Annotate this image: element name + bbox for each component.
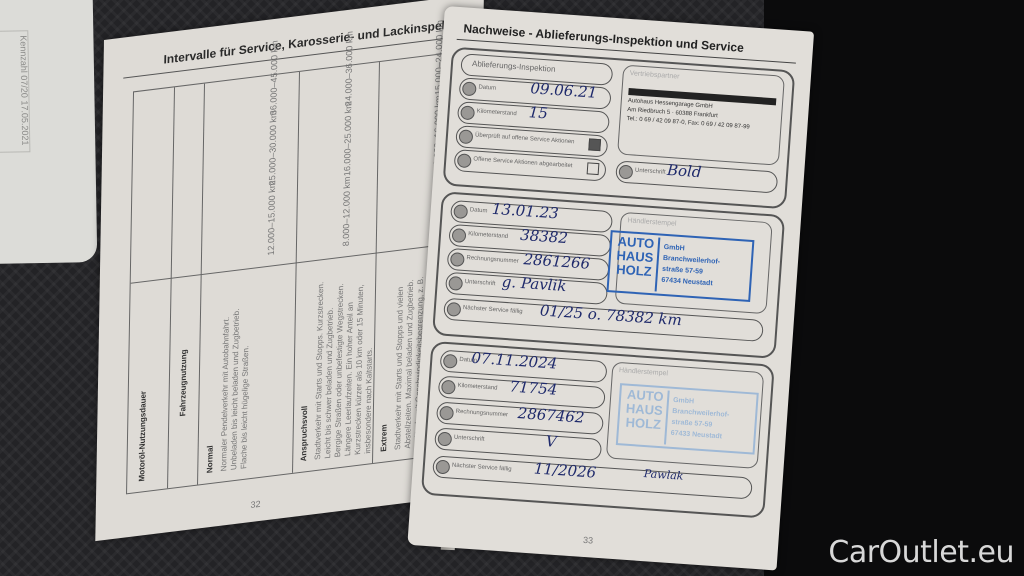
extra-signature: Pawlak xyxy=(643,467,683,483)
field-bullet-icon xyxy=(441,380,456,395)
field-bullet-icon xyxy=(439,406,454,421)
service1-dealer-stamp-box: Händlerstempel AUTO HAUS HOLZ GmbH Branc… xyxy=(615,212,773,314)
field-bullet-icon xyxy=(453,204,468,219)
handwritten-date: 09.06.21 xyxy=(530,79,598,102)
row-group-label: Motoröl-Nutzungsdauer xyxy=(137,390,148,482)
right-page-number: 33 xyxy=(583,535,594,546)
field-bullet-icon xyxy=(458,129,473,144)
demanding-value-45k: 24.000–36.000 km xyxy=(343,31,354,107)
delivery-inspection-panel: Ablieferungs-Inspektion Datum 09.06.21 K… xyxy=(442,47,795,210)
usage-header: Fahrzeugnutzung xyxy=(178,349,188,417)
handwritten-mileage: 15 xyxy=(528,103,548,122)
dealer-stamp: Autohaus Hessengarage GmbH Am Riedbruch … xyxy=(626,88,776,134)
demanding-value-30k: 16.000–25.000 km xyxy=(342,101,353,177)
usage-normal-label: Normal xyxy=(205,445,214,474)
service-interval-table: Motoröl-Nutzungsdauer Fahrzeugnutzung No… xyxy=(126,52,455,495)
table-column-divider xyxy=(197,84,205,485)
field-bullet-icon xyxy=(437,432,452,447)
faded-autohaus-holz-stamp: AUTO HAUS HOLZ GmbH Branchweilerhof- str… xyxy=(616,383,759,455)
caroutlet-watermark: CarOutlet.eu xyxy=(828,535,1014,570)
field-bullet-icon xyxy=(462,81,477,96)
normal-value-15k: 12.000–15.000 km xyxy=(266,180,277,256)
delivery-signature-field: Unterschrift Bold xyxy=(615,160,778,193)
left-page-number: 32 xyxy=(250,499,260,510)
field-bullet-icon xyxy=(446,302,461,317)
autohaus-holz-stamp: AUTO HAUS HOLZ GmbH Branchweilerhof- str… xyxy=(606,230,754,302)
field-bullet-icon xyxy=(435,460,450,475)
handwritten-signature: Bold xyxy=(666,161,702,181)
service2-dealer-stamp-box: Händlerstempel AUTO HAUS HOLZ GmbH Branc… xyxy=(606,362,764,469)
field-bullet-icon xyxy=(448,276,463,291)
usage-normal-description: Normaler Pendelverkehr mit Autobahnfahrt… xyxy=(219,288,252,472)
service-entry-1: Datum 13.01.23 Kilometerstand 38382 Rech… xyxy=(432,191,785,359)
table-column-divider xyxy=(292,72,300,473)
empty-checkbox-icon xyxy=(587,162,600,175)
normal-value-45k: 36.000–45.000 km xyxy=(268,40,279,116)
field-bullet-icon xyxy=(452,228,467,243)
checked-checkbox-icon xyxy=(588,138,601,151)
background-document-text: Kennzahl 07/20 17.05.2021 xyxy=(18,35,30,165)
field-bullet-icon xyxy=(443,354,458,369)
normal-value-30k: 25.000–30.000 km xyxy=(267,110,278,186)
usage-demanding-description: Stadtverkehr mit Starts und Stopps. Kurz… xyxy=(313,273,376,461)
field-bullet-icon xyxy=(618,165,633,180)
usage-demanding-label: Anspruchsvoll xyxy=(299,405,309,462)
dealer-stamp-box: Vertriebspartner Autohaus Hessengarage G… xyxy=(617,65,785,166)
field-bullet-icon xyxy=(450,252,465,267)
field-bullet-icon xyxy=(460,105,475,120)
background-document: Kennzahl 07/20 17.05.2021 xyxy=(0,0,97,264)
usage-extreme-label: Extrem xyxy=(379,424,388,452)
table-column-divider xyxy=(167,87,175,488)
service-entry-2: Datum 07.11.2024 Kilometerstand 71754 Re… xyxy=(421,341,775,519)
demanding-value-15k: 8.000–12.000 km xyxy=(341,176,352,247)
field-bullet-icon xyxy=(457,153,472,168)
right-page: Nachweise - Ablieferungs-Inspektion und … xyxy=(407,6,814,570)
